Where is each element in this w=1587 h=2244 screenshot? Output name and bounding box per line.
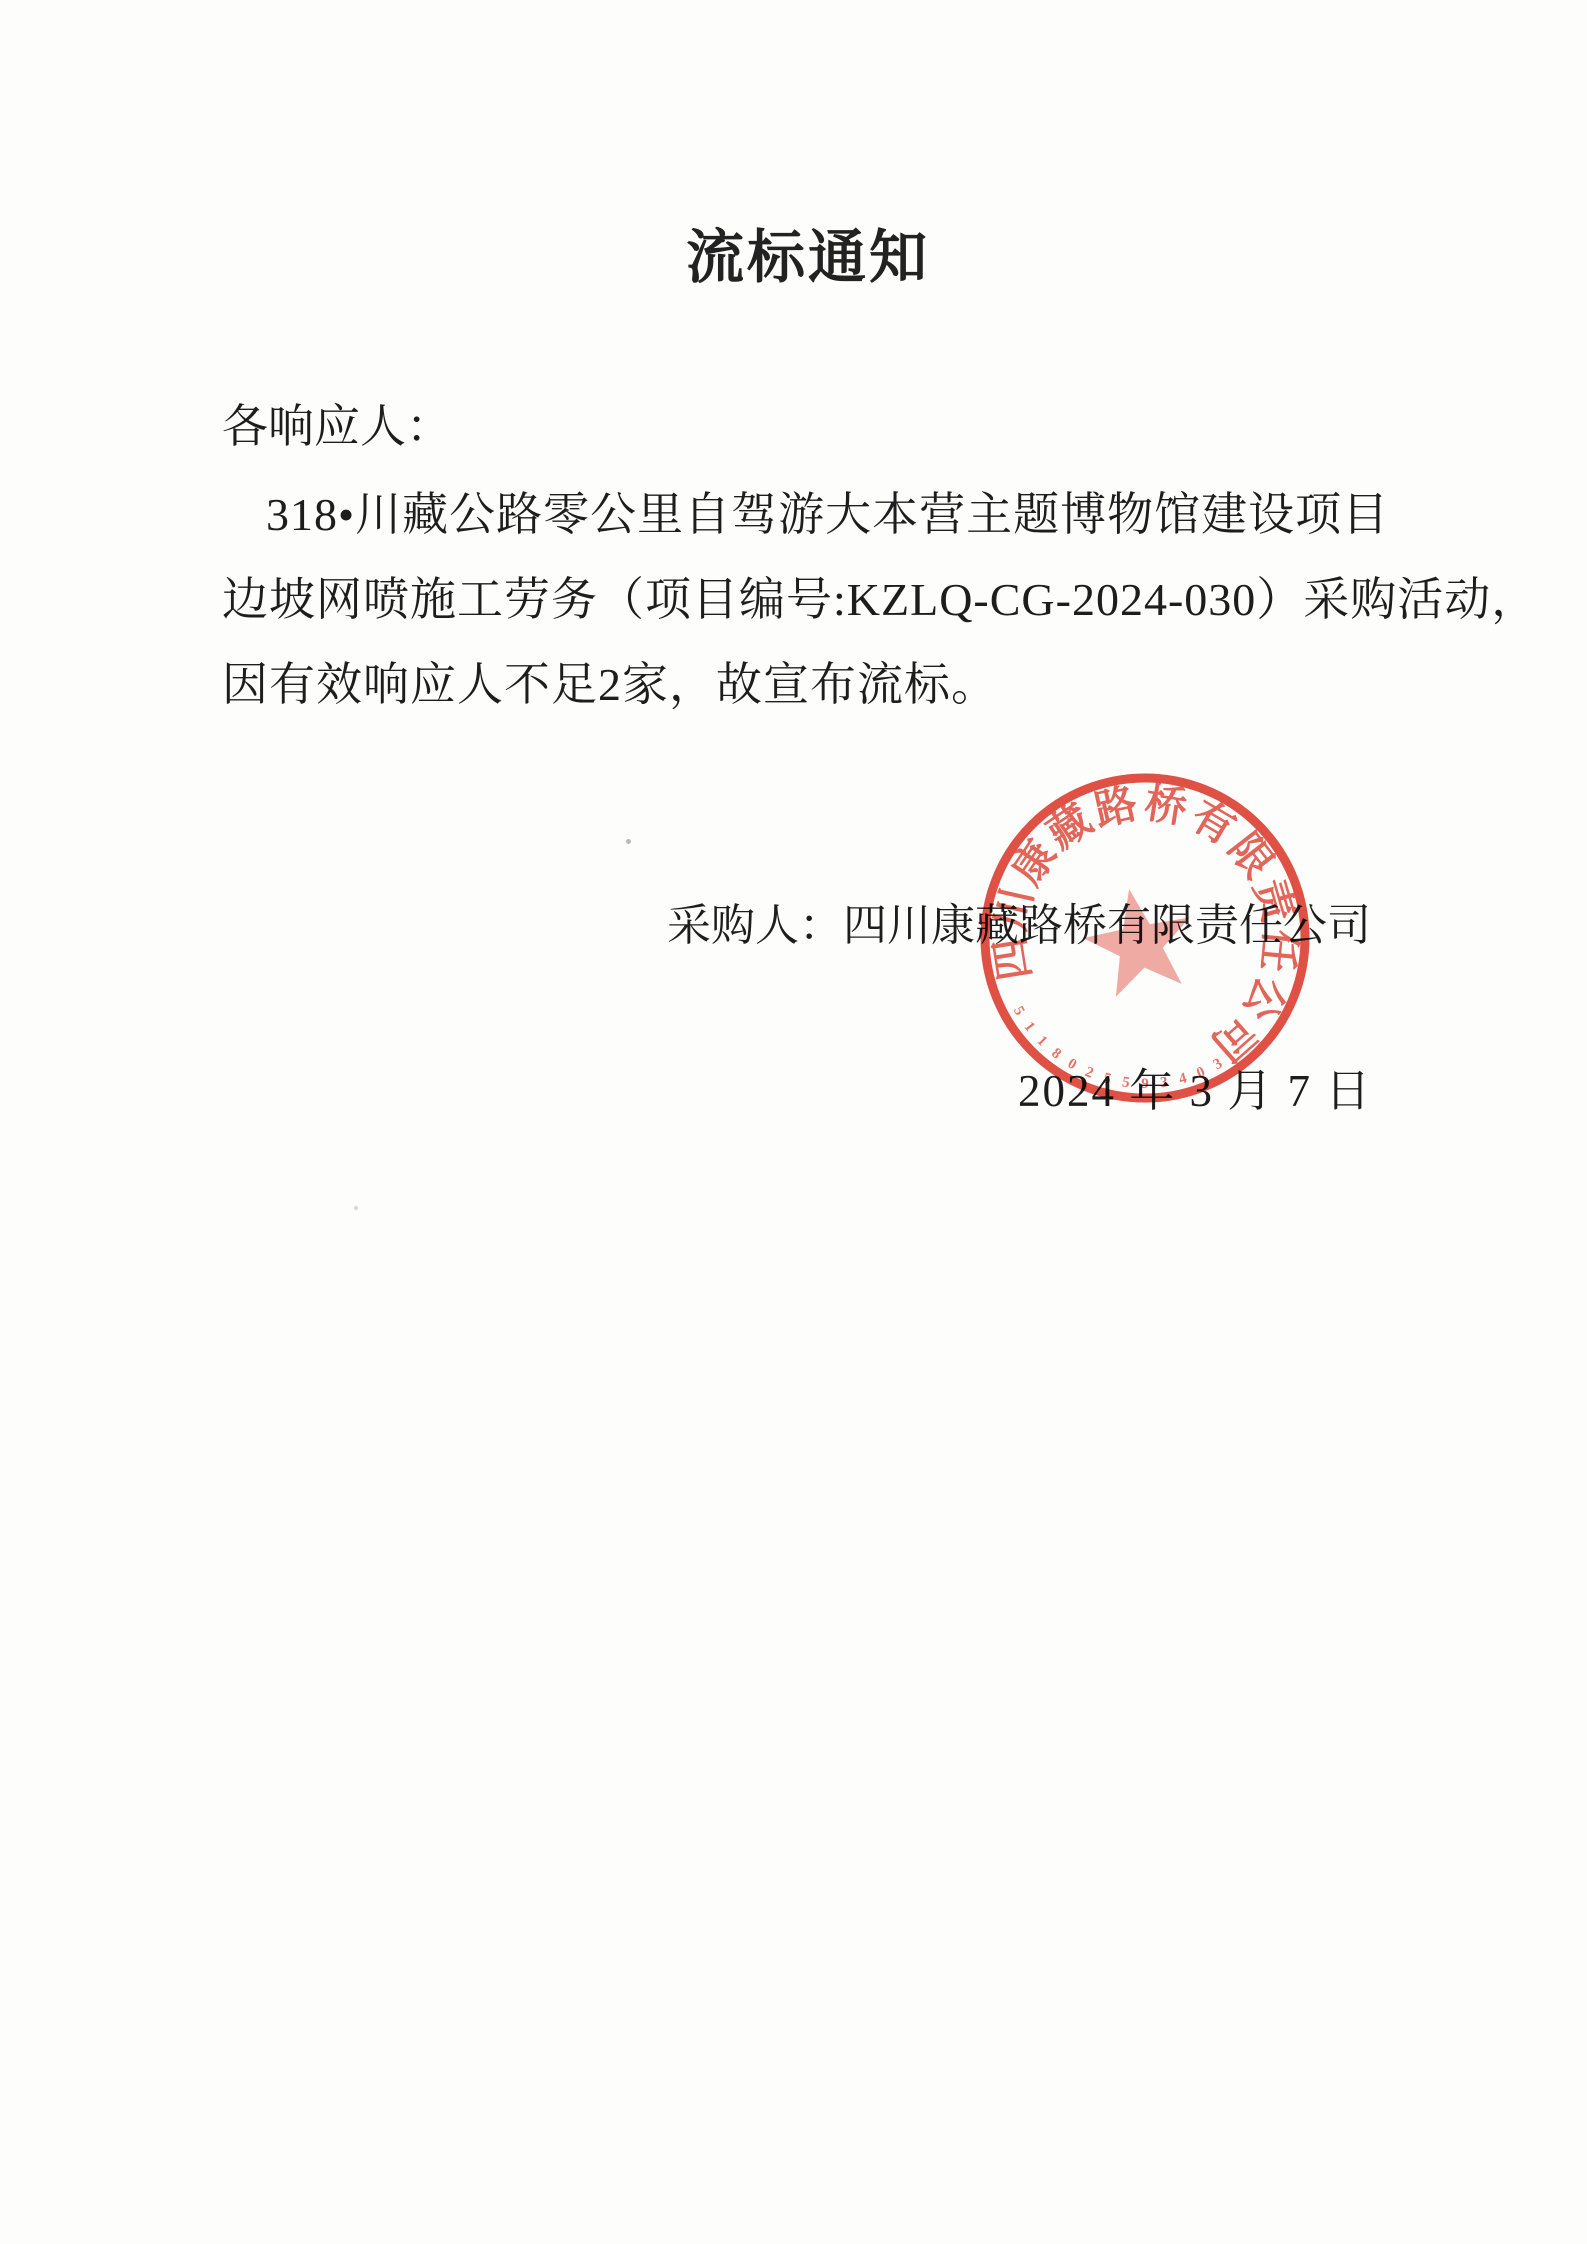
date-line: 2024 年 3 月 7 日	[1018, 1054, 1372, 1119]
salutation-line: 各响应人：	[222, 390, 452, 456]
svg-text:1: 1	[1033, 1033, 1050, 1050]
body-paragraph: 318•川藏公路零公里自驾游大本营主题博物馆建设项目 边坡网喷施工劳务（项目编号…	[222, 472, 1432, 727]
document-page: 流标通知 各响应人： 318•川藏公路零公里自驾游大本营主题博物馆建设项目 边坡…	[0, 0, 1587, 2244]
svg-text:康: 康	[1003, 832, 1065, 893]
scan-speck	[354, 1206, 358, 1210]
svg-text:公: 公	[1233, 969, 1293, 1027]
svg-text:1: 1	[1021, 1019, 1038, 1035]
svg-text:5: 5	[1010, 1004, 1028, 1018]
paragraph-line-2: 边坡网喷施工劳务（项目编号:KZLQ-CG-2024-030）采购活动，	[222, 557, 1432, 642]
paragraph-line-1: 318•川藏公路零公里自驾游大本营主题博物馆建设项目	[222, 472, 1432, 557]
svg-text:藏: 藏	[1039, 796, 1100, 858]
purchaser-signature-line: 采购人：四川康藏路桥有限责任公司	[667, 889, 1371, 953]
paragraph-line-3: 因有效响应人不足2家，故宣布流标。	[222, 642, 1432, 727]
document-title: 流标通知	[686, 210, 930, 294]
svg-text:限: 限	[1219, 826, 1281, 887]
svg-text:有: 有	[1183, 792, 1243, 854]
svg-text:路: 路	[1090, 780, 1141, 835]
scan-speck	[626, 839, 631, 844]
svg-text:桥: 桥	[1141, 780, 1190, 833]
